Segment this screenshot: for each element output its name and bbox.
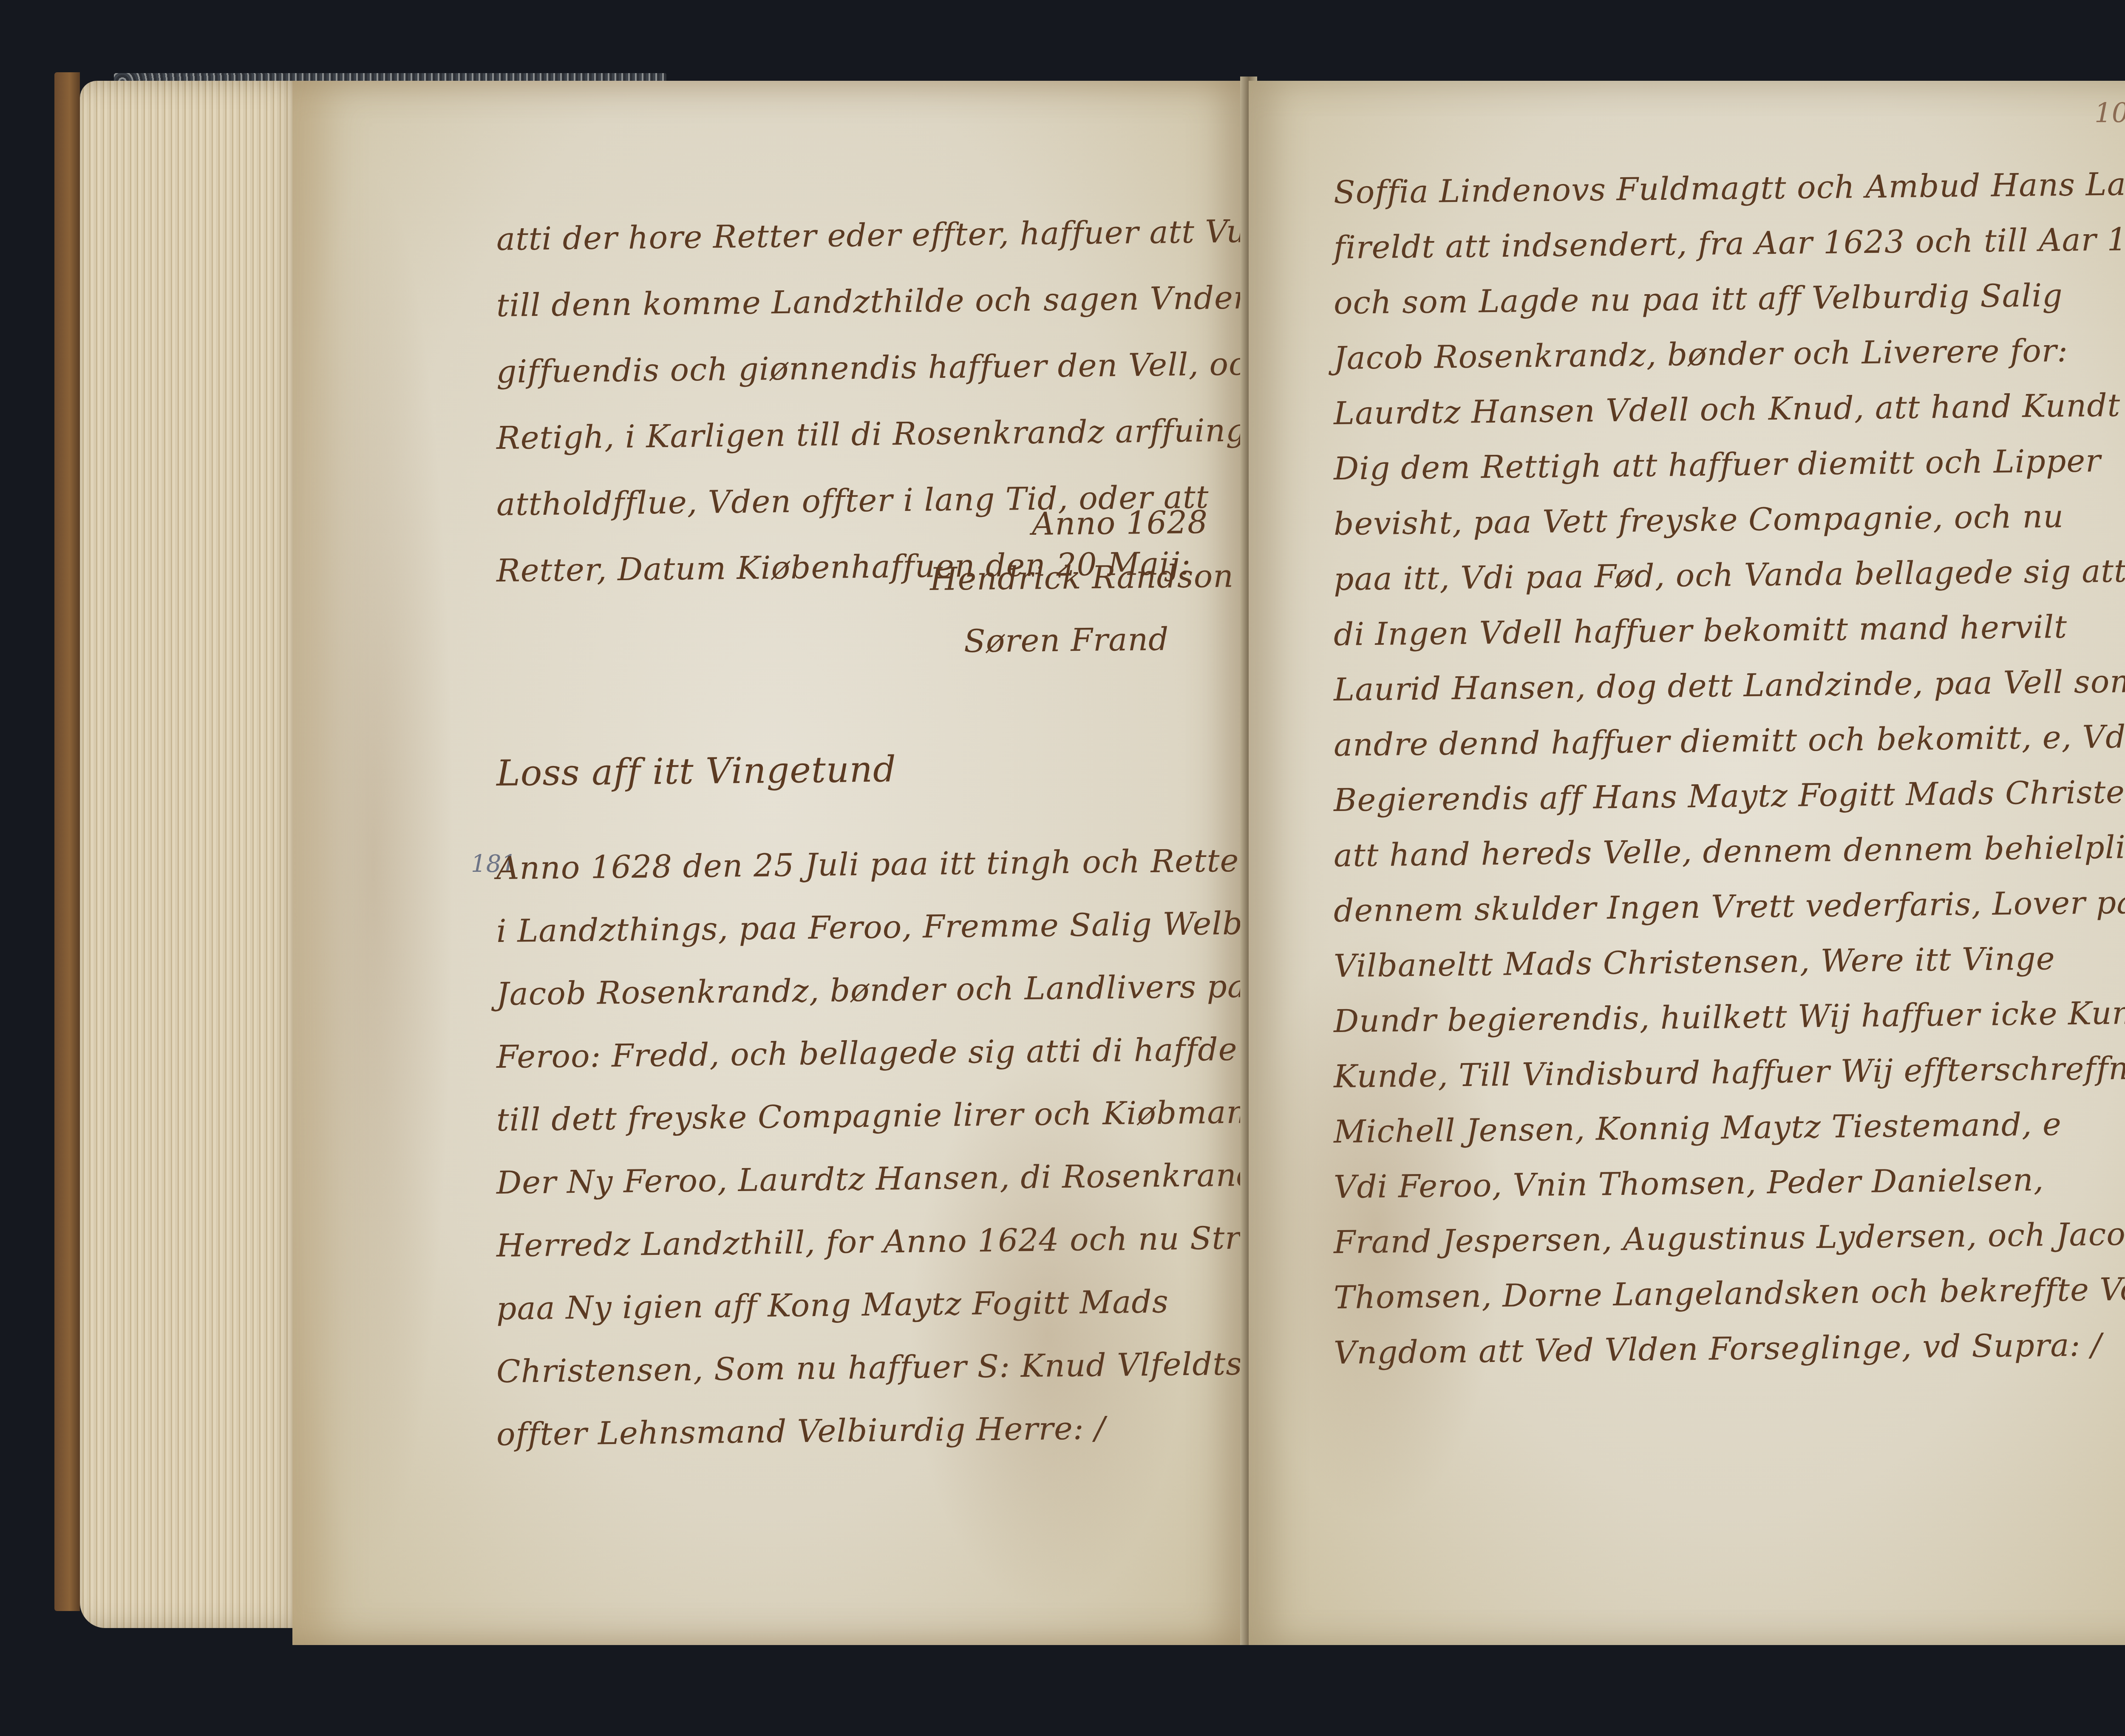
right-page-paragraph: Soffia Lindenovs Fuldmagtt och Ambud Han… xyxy=(1334,174,2125,1371)
signature: Hendrick Randson xyxy=(930,558,1234,598)
manuscript-line: till denn komme Landzthilde och sagen Vn… xyxy=(496,279,1301,324)
manuscript-line: bevisht, paa Vett freyske Compagnie, och… xyxy=(1334,496,2125,542)
signature: Søren Frand xyxy=(964,620,1234,660)
manuscript-line: paa Ny igien aff Kong Maytz Fogitt Mads xyxy=(496,1282,1363,1327)
leather-cover-left xyxy=(54,72,80,1611)
manuscript-line: giffuendis och giønnendis haffuer den Ve… xyxy=(496,345,1301,390)
manuscript-line: Der Ny Feroo, Laurdtz Hansen, di Rosenkr… xyxy=(496,1156,1363,1201)
manuscript-line: di Ingen Vdell haffuer bekomitt mand her… xyxy=(1334,607,2125,653)
water-stain xyxy=(292,166,454,1569)
manuscript-line: Vdi Feroo, Vnin Thomsen, Peder Danielsen… xyxy=(1334,1160,2125,1206)
manuscript-line: att hand hereds Velle, dennem dennem beh… xyxy=(1334,828,2125,874)
heading-text: Loss aff itt Vingetund xyxy=(496,748,896,794)
manuscript-line: Retigh, i Karligen till di Rosenkrandz a… xyxy=(496,411,1301,457)
open-book: atti der hore Retter eder effter, haffue… xyxy=(54,64,2125,1666)
manuscript-line: Jacob Rosenkrandz, bønder och Liverere f… xyxy=(1334,331,2125,377)
manuscript-line: Laurdtz Hansen Vdell och Knud, att hand … xyxy=(1334,386,2125,432)
manuscript-line: och som Lagde nu paa itt aff Velburdig S… xyxy=(1334,275,2125,321)
page-stack-left xyxy=(80,81,309,1628)
manuscript-line: Dig dem Rettigh att haffuer diemitt och … xyxy=(1334,441,2125,487)
manuscript-line: offter Lehnsmand Velbiurdig Herre: / xyxy=(496,1407,1363,1453)
left-page-entry: Anno 1628 den 25 Juli paa itt tingh och … xyxy=(496,850,1362,1453)
manuscript-line: till dett freyske Compagnie lirer och Ki… xyxy=(496,1093,1363,1138)
manuscript-line: Michell Jensen, Konnig Maytz Tiestemand,… xyxy=(1334,1104,2125,1150)
manuscript-line: Frand Jespersen, Augustinus Lydersen, oc… xyxy=(1334,1215,2125,1261)
manuscript-line: dennem skulder Ingen Vrett vederfaris, L… xyxy=(1334,883,2125,929)
manuscript-line: Dundr begierendis, huilkett Wij haffuer … xyxy=(1334,994,2125,1040)
manuscript-line: Soffia Lindenovs Fuldmagtt och Ambud Han… xyxy=(1334,165,2125,211)
manuscript-line: Herredz Landzthill, for Anno 1624 och nu… xyxy=(496,1219,1363,1264)
manuscript-line: fireldt att indsendert, fra Aar 1623 och… xyxy=(1334,220,2125,266)
section-heading: Loss aff itt Vingetund xyxy=(496,752,896,794)
folio-number: 106 xyxy=(2094,98,2125,129)
date-line: Anno 1628 xyxy=(1032,506,1208,542)
manuscript-line: Thomsen, Dorne Langelandsken och bekreff… xyxy=(1334,1270,2125,1316)
manuscript-line: i Landzthings, paa Feroo, Fremme Salig W… xyxy=(496,904,1363,950)
manuscript-line: Begierendis aff Hans Maytz Fogitt Mads C… xyxy=(1334,773,2125,819)
date-text: Anno 1628 xyxy=(1032,504,1208,542)
manuscript-line: paa itt, Vdi paa Fød, och Vanda bellaged… xyxy=(1334,552,2125,598)
right-page: 106 Soffia Lindenovs Fuldmagtt och Ambud… xyxy=(1249,81,2125,1645)
left-page: atti der hore Retter eder effter, haffue… xyxy=(292,81,1249,1645)
manuscript-line: Kunde, Till Vindisburd haffuer Wij effte… xyxy=(1334,1049,2125,1095)
manuscript-line: Feroo: Fredd, och bellagede sig atti di … xyxy=(496,1030,1363,1075)
signature-block: Hendrick Randson Søren Frand xyxy=(930,561,1234,660)
manuscript-line: Vilbaneltt Mads Christensen, Were itt Vi… xyxy=(1334,939,2125,984)
manuscript-line: Vngdom att Ved Vlden Forseglinge, vd Sup… xyxy=(1334,1325,2125,1371)
manuscript-line: Anno 1628 den 25 Juli paa itt tingh och … xyxy=(496,841,1363,887)
manuscript-line: Jacob Rosenkrandz, bønder och Landlivers… xyxy=(496,967,1363,1013)
manuscript-line: Laurid Hansen, dog dett Landzinde, paa V… xyxy=(1334,662,2125,708)
manuscript-line: Christensen, Som nu haffuer S: Knud Vlfe… xyxy=(496,1345,1363,1390)
manuscript-line: andre dennd haffuer diemitt och bekomitt… xyxy=(1334,718,2125,763)
manuscript-line: atti der hore Retter eder effter, haffue… xyxy=(496,213,1301,258)
